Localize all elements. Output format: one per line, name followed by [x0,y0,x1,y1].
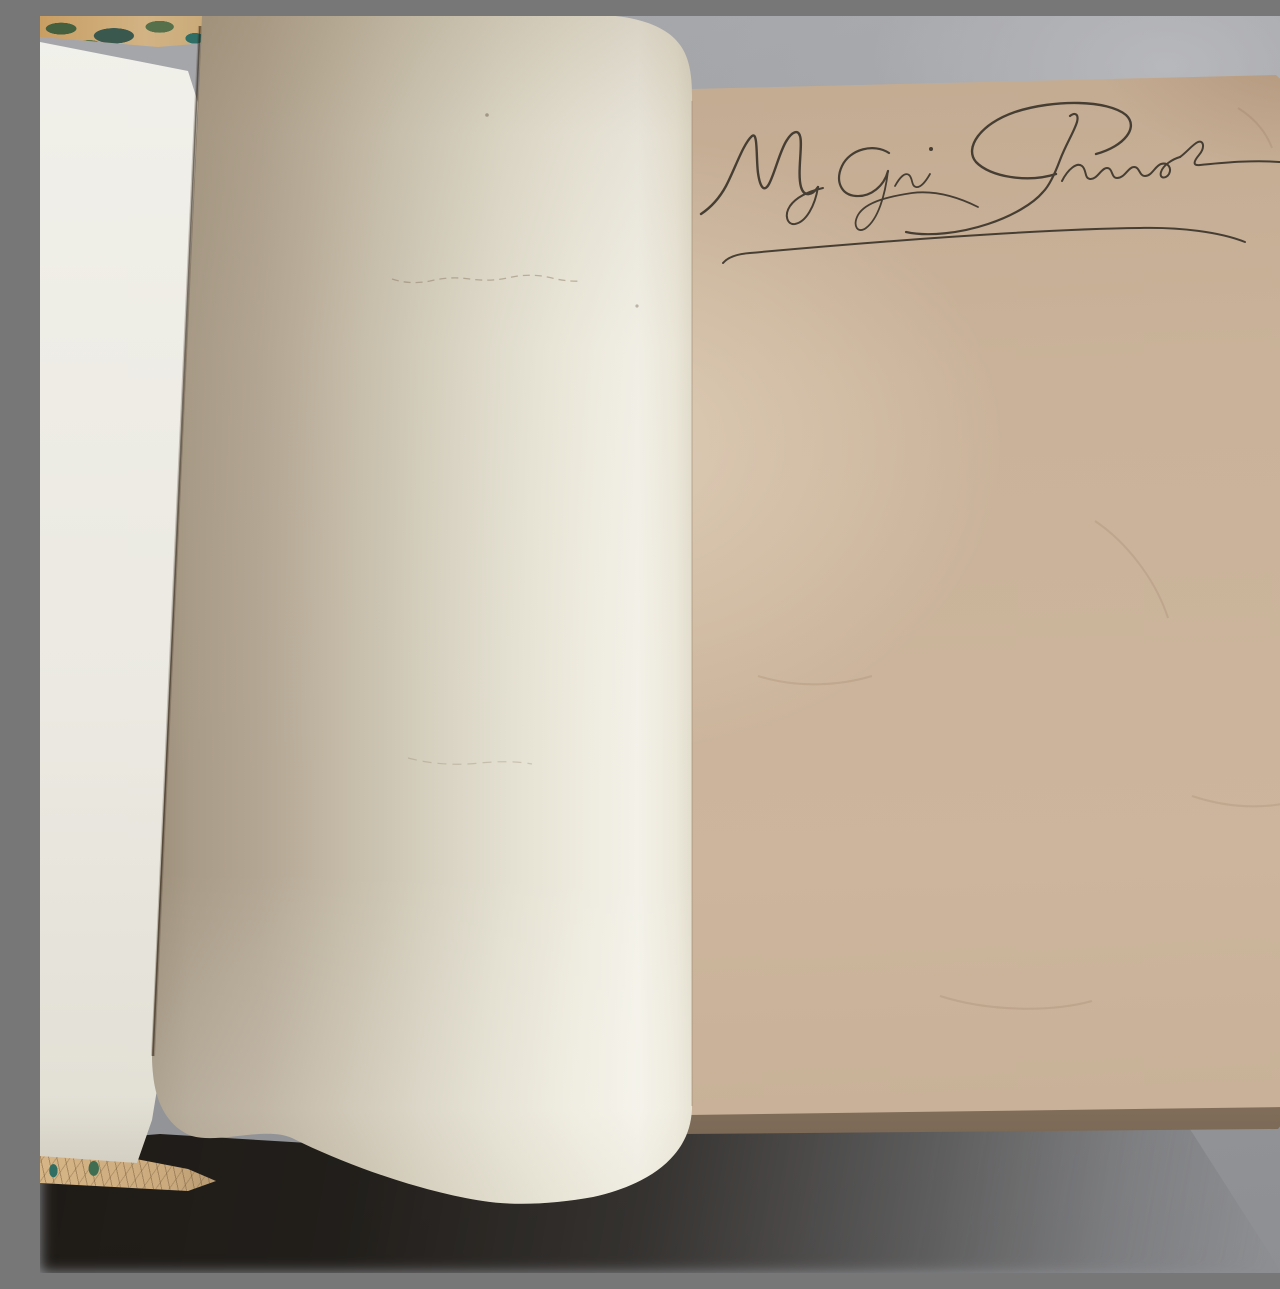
photo-open-antique-book [40,16,1280,1273]
